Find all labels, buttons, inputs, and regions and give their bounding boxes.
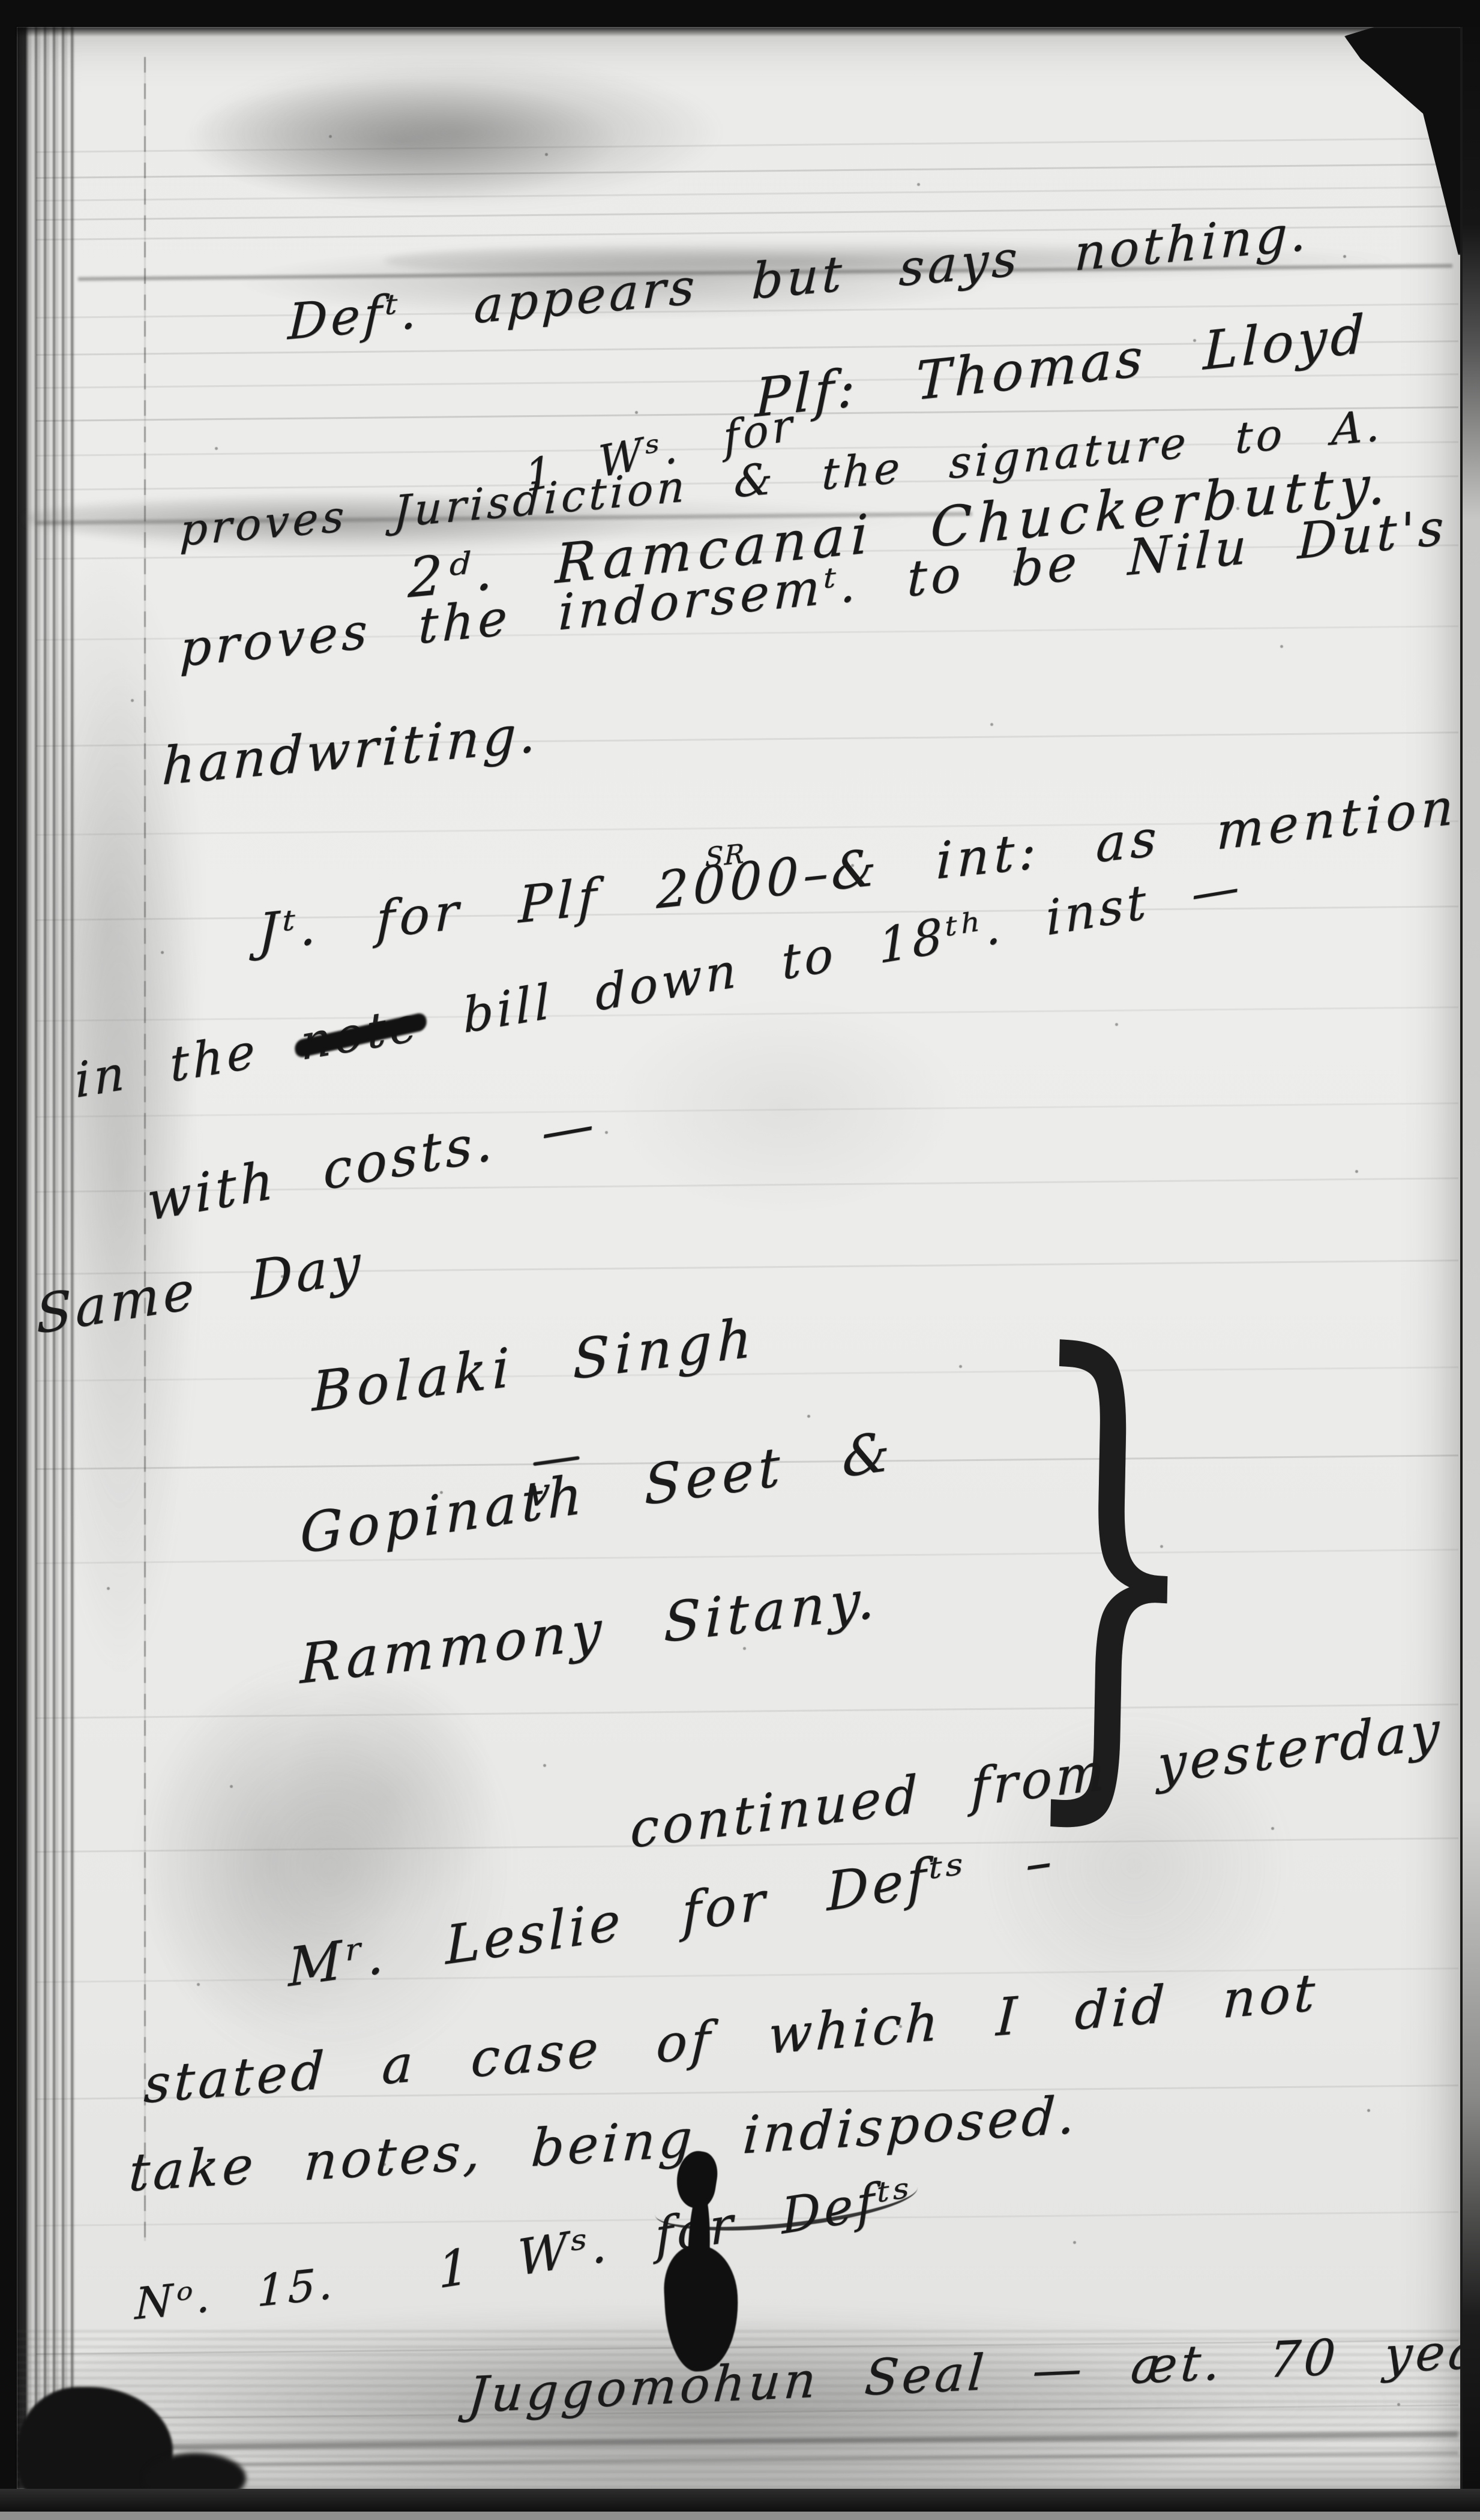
scanned-manuscript-page: Defᵗ. appears but says nothing. 1 Wˢ. fo… [0,0,1480,2520]
smudge-lower-left [138,1650,522,2082]
party-brace: } [1015,1350,1208,1774]
top-edge-shadow [17,27,1460,37]
right-edge-strip [1460,27,1480,2489]
bottom-edge-strip [0,2512,1480,2520]
ink-specks [0,0,3,3]
spine-edge-shadow [17,27,26,2489]
smudge-top [180,54,732,210]
sup-sicca-rupees: SR [705,838,746,873]
